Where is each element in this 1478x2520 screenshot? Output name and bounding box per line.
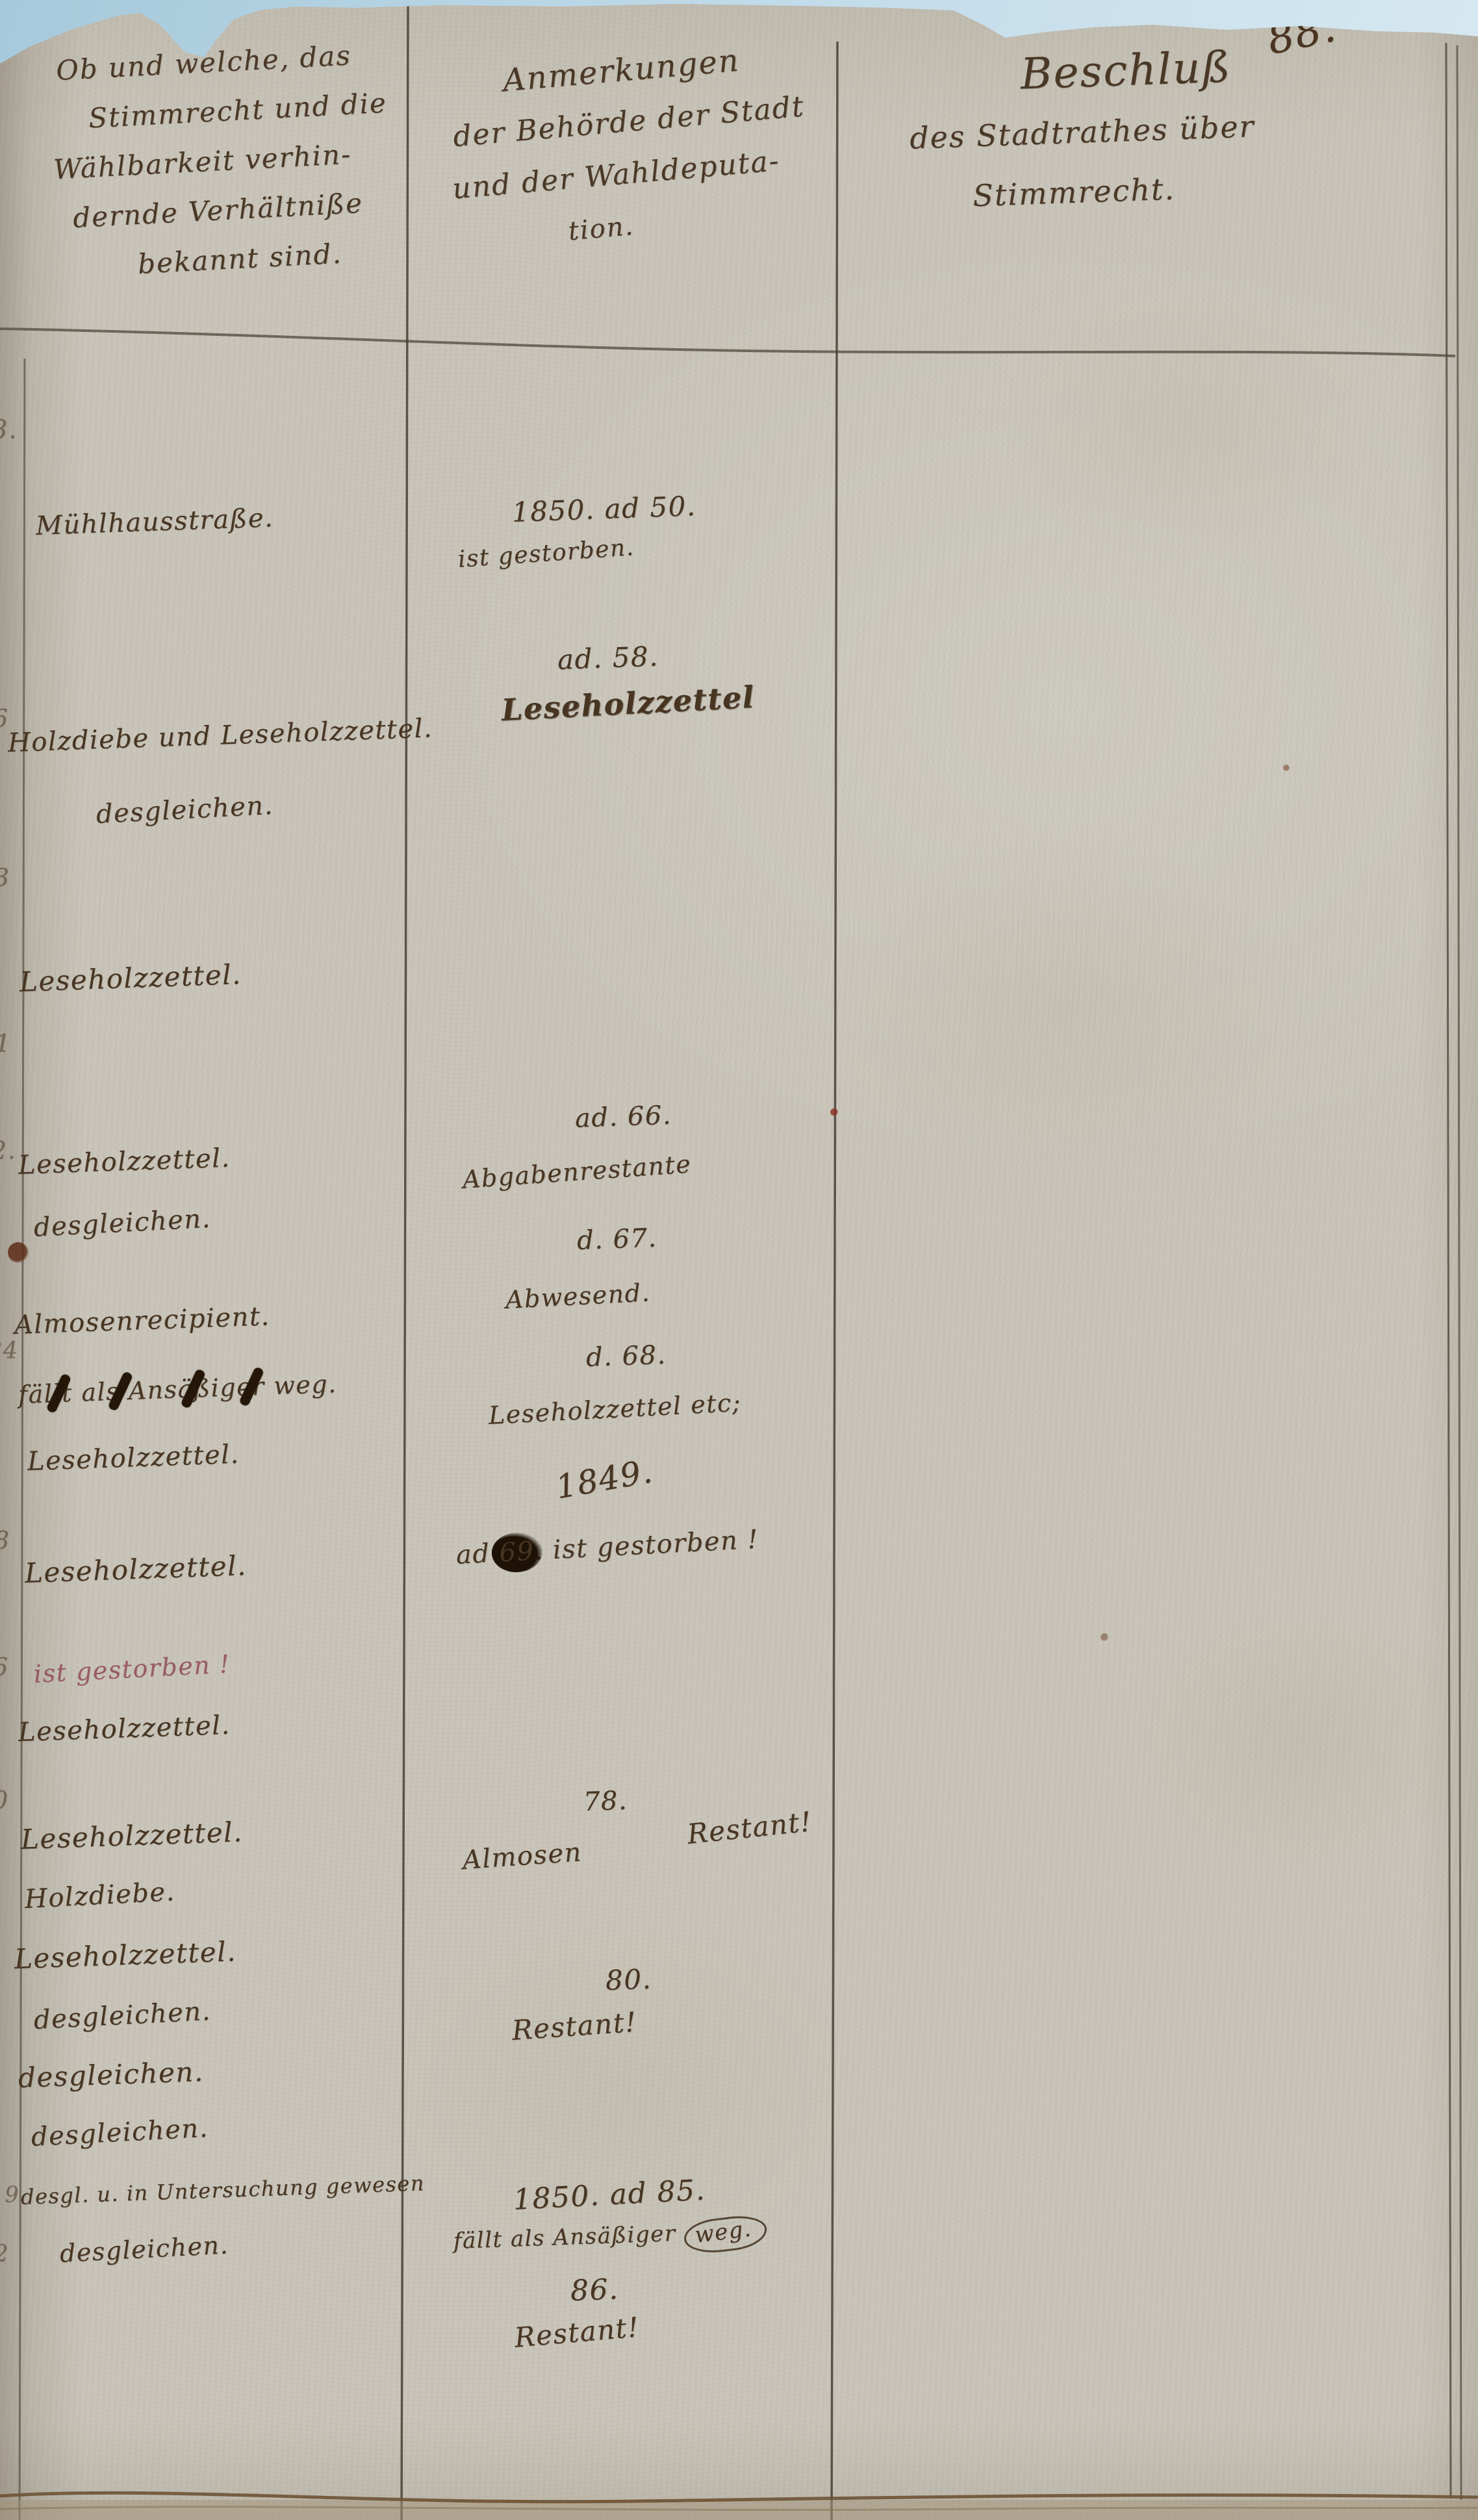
col1-entry: Mühlhausstraße. [35,503,274,541]
margin-number-fragment: 6 [0,1653,9,1681]
col2-annotation: ad. 66. [574,1101,672,1134]
ink-blot-number: 69 [498,1537,535,1568]
ink-stain [1101,1633,1108,1641]
col1-entry: Holzdiebe. [24,1877,176,1915]
col1-entry: desgleichen. [33,1997,212,2035]
col1-entry: desgleichen. [31,2114,209,2152]
col2-annotation: 1850. ad 50. [511,490,696,528]
col2-annotation: d. 68. [585,1341,667,1373]
col2-annotation: Abwesend. [505,1279,651,1314]
ink-stain [1283,765,1290,771]
column3-header-line: des Stadtrathes über [909,96,1256,168]
column2-header: Anmerkungen der Behörde der Stadt und de… [441,29,816,268]
col1-entry: Leseholzzettel. [24,1550,247,1588]
col1-entry: Leseholzzettel. [18,1144,231,1180]
col1-entry: Leseholzzettel. [19,959,242,997]
col2-annotation: Restant! [513,2311,641,2353]
col1-entry: desgleichen. [59,2231,229,2267]
column1-header: Ob und welche, das Stimmrecht und die Wä… [47,29,396,294]
col2-annotation: 86. [570,2273,619,2307]
column3-header: Beschluß des Stadtrathes über Stimmrecht… [886,36,1258,228]
page-number: 88. [1264,5,1341,64]
manuscript-page: 88. Ob und welche, das Stimmrecht und di… [0,0,1478,2520]
col1-entry: desgleichen. [33,1204,212,1243]
column3-header-line: Stimmrecht. [972,156,1258,225]
margin-number-fragment: 84 [0,1338,19,1364]
col1-entry: Almosenrecipient. [14,1302,270,1340]
cancellation-stroke [46,1373,72,1414]
col2-annotation: Leseholzzettel [501,681,756,728]
right-border-outer [1457,45,1461,2500]
margin-number-fragment: 0 [0,1787,9,1814]
col2-annotation: Restant! [686,1806,814,1850]
margin-number-fragment: 1 [0,1030,12,1058]
circled-word: weg. [682,2213,769,2256]
margin-number-fragment: 8. [0,415,18,445]
col1-entry: Leseholzzettel. [27,1440,240,1477]
cancellation-stroke [180,1368,206,1409]
col2-annotation: ad 69. ist gestorben ! [455,1525,759,1570]
col2-annotation: ad. 58. [557,641,659,675]
photographed-manuscript: { "page": { "number": "88." }, "colors":… [0,0,1478,2520]
margin-number-fragment: 2. [0,1136,17,1164]
col2-annotation: 1849. [553,1453,656,1505]
col1-entry: ist gestorben ! [33,1650,231,1688]
margin-number-fragment: 19 [0,2182,20,2208]
cancellation-stroke [238,1366,264,1407]
bottom-page-edge [0,2493,1478,2502]
col2-annotation: Abgabenrestante [462,1150,693,1193]
col2-annotation: fällt als Ansäßiger weg. [453,2216,768,2261]
col2-annotation: Leseholzzettel etc; [488,1389,742,1430]
ink-stain [830,1108,838,1116]
col1-entry: Holzdiebe und Leseholzzettel. [7,714,433,758]
col1-entry: desgleichen. [18,2056,204,2093]
bottom-page-under-edge [0,2500,1478,2520]
col1-entry: Leseholzzettel. [18,1711,231,1748]
cancellation-stroke [107,1371,133,1412]
col1-entry: Leseholzzettel. [14,1936,236,1974]
ink-stain [8,1242,29,1263]
column2-divider [832,42,837,2520]
margin-number-fragment: 8 [0,1527,10,1555]
col2-annotation: 80. [605,1964,652,1996]
header-rule-line [0,329,1455,356]
col2-annotation: ist gestorben. [457,535,635,573]
col2-annotation: 1850. ad 85. [513,2174,706,2217]
right-border-inner [1446,43,1451,2499]
margin-number-fragment: 2 [0,2241,10,2268]
col1-entry: Leseholzzettel. [20,1816,243,1855]
column1-divider [401,5,408,2520]
col2-annotation: 78. [583,1787,628,1817]
col1-entry: fällt als Ansäßiger weg. [18,1370,337,1409]
column3-header-line: Beschluß [1019,36,1254,104]
col1-entry: desgleichen. [96,791,274,830]
margin-number-fragment: 6 [0,705,9,733]
table-rules [0,0,1478,2520]
col2-annotation: Restant! [511,2007,638,2046]
margin-number-fragment: 3 [0,864,10,892]
bottom-underpage-line [0,2507,1478,2510]
col1-entry: desgl. u. in Untersuchung gewesen [20,2172,425,2209]
col2-annotation: Almosen [461,1838,583,1876]
col2-annotation: d. 67. [576,1224,657,1256]
